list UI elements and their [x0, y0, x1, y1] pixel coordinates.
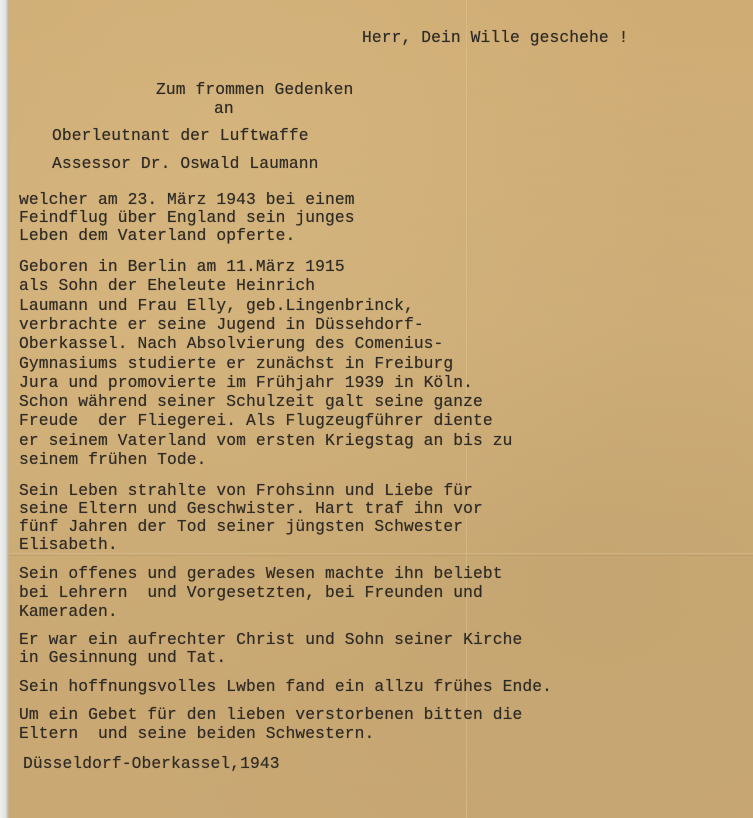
body-line: Jura und promovierte im Frühjahr 1939 in…	[19, 374, 473, 392]
body-line: er seinem Vaterland vom ersten Kriegstag…	[19, 432, 513, 450]
body-line: Oberkassel. Nach Absolvierung des Comeni…	[19, 335, 443, 353]
body-line: Kameraden.	[19, 603, 118, 621]
body-line: Sein Leben strahlte von Frohsinn und Lie…	[19, 482, 473, 500]
body-line: Freude der Fliegerei. Als Flugzeugführer…	[19, 412, 493, 430]
body-line: Sein hoffnungsvolles Lwben fand ein allz…	[19, 678, 552, 696]
body-line: seinem frühen Tode.	[19, 451, 207, 469]
body-line: Sein offenes und gerades Wesen machte ih…	[19, 565, 503, 583]
motto: Herr, Dein Wille geschehe !	[362, 29, 629, 47]
memorial-card: Herr, Dein Wille geschehe ! Zum frommen …	[9, 0, 753, 818]
body-line: Er war ein aufrechter Christ und Sohn se…	[19, 631, 522, 649]
body-line: Laumann und Frau Elly, geb.Lingenbrinck,	[19, 297, 414, 315]
dedication-line: Zum frommen Gedenken	[156, 81, 353, 99]
body-line: als Sohn der Eheleute Heinrich	[19, 277, 315, 295]
body-line: in Gesinnung und Tat.	[19, 649, 226, 667]
body-line: welcher am 23. März 1943 bei einem	[19, 191, 355, 209]
body-line: Elisabeth.	[19, 536, 118, 554]
body-line: bei Lehrern und Vorgesetzten, bei Freund…	[19, 584, 483, 602]
body-line: Um ein Gebet für den lieben verstorbenen…	[19, 706, 522, 724]
body-line: fünf Jahren der Tod seiner jüngsten Schw…	[19, 518, 463, 536]
scan-left-edge	[0, 0, 9, 818]
body-line: Feindflug über England sein junges	[19, 209, 355, 227]
body-line: Eltern und seine beiden Schwestern.	[19, 725, 374, 743]
body-line: Leben dem Vaterland opferte.	[19, 227, 295, 245]
body-line: Geboren in Berlin am 11.März 1915	[19, 258, 345, 276]
place-date: Düsseldorf-Oberkassel,1943	[23, 755, 280, 773]
horizontal-fold-crease	[9, 553, 753, 556]
body-line: Gymnasiums studierte er zunächst in Frei…	[19, 355, 453, 373]
deceased-name: Assessor Dr. Oswald Laumann	[52, 155, 319, 173]
dedication-an: an	[214, 100, 234, 118]
body-line: seine Eltern und Geschwister. Hart traf …	[19, 500, 483, 518]
body-line: Schon während seiner Schulzeit galt sein…	[19, 393, 483, 411]
rank-title: Oberleutnant der Luftwaffe	[52, 127, 309, 145]
body-line: verbrachte er seine Jugend in Düssehdorf…	[19, 316, 424, 334]
